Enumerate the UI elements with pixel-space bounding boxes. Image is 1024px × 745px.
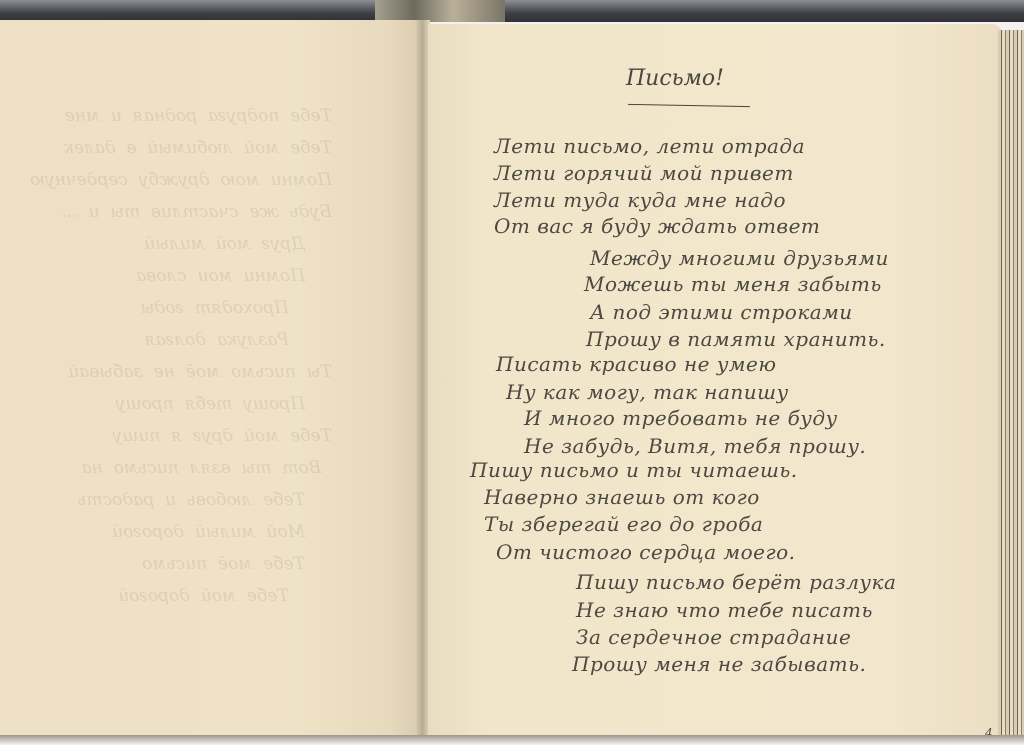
poem-line: А под этими строками xyxy=(590,300,853,324)
poem-line: За сердечное страдание xyxy=(576,625,851,649)
bottom-edge xyxy=(0,735,1024,745)
poem-title: Письмо! xyxy=(626,66,724,91)
poem-line: Ну как могу, так напишу xyxy=(506,380,789,404)
poem-line: Наверно знаешь от кого xyxy=(484,485,760,509)
poem-line: Прошу меня не забывать. xyxy=(572,652,866,676)
poem-line: Не знаю что тебе писать xyxy=(576,598,873,622)
poem-line: Пишу письмо берёт разлука xyxy=(576,570,896,594)
poem-line: Не забудь, Витя, тебя прошу. xyxy=(524,434,866,458)
poem-line: Писать красиво не умею xyxy=(496,352,776,376)
binding-strip xyxy=(375,0,505,22)
poem-line: Лети горячий мой привет xyxy=(494,161,794,185)
poem-line: Лети письмо, лети отрада xyxy=(494,134,805,158)
poem-line: Лети туда куда мне надо xyxy=(494,188,786,212)
poem-line: Прошу в памяти хранить. xyxy=(586,327,886,351)
bleed-through-text: Тебе подруга родная и мне Тебе мой любим… xyxy=(30,100,332,612)
poem-line: Пишу письмо и ты читаешь. xyxy=(470,458,798,482)
notebook-cover-top xyxy=(0,0,1024,22)
poem-line: От вас я буду ждать ответ xyxy=(494,214,820,238)
page-stack-edge xyxy=(998,30,1024,735)
poem-line: Можешь ты меня забыть xyxy=(584,272,882,296)
poem-line: От чистого сердца моего. xyxy=(496,540,795,564)
poem-line: И много требовать не буду xyxy=(524,406,838,430)
poem-line: Ты зберегай его до гроба xyxy=(484,512,763,536)
poem-line: Между многими друзьями xyxy=(590,246,889,270)
left-page: Тебе подруга родная и мне Тебе мой любим… xyxy=(0,20,424,735)
